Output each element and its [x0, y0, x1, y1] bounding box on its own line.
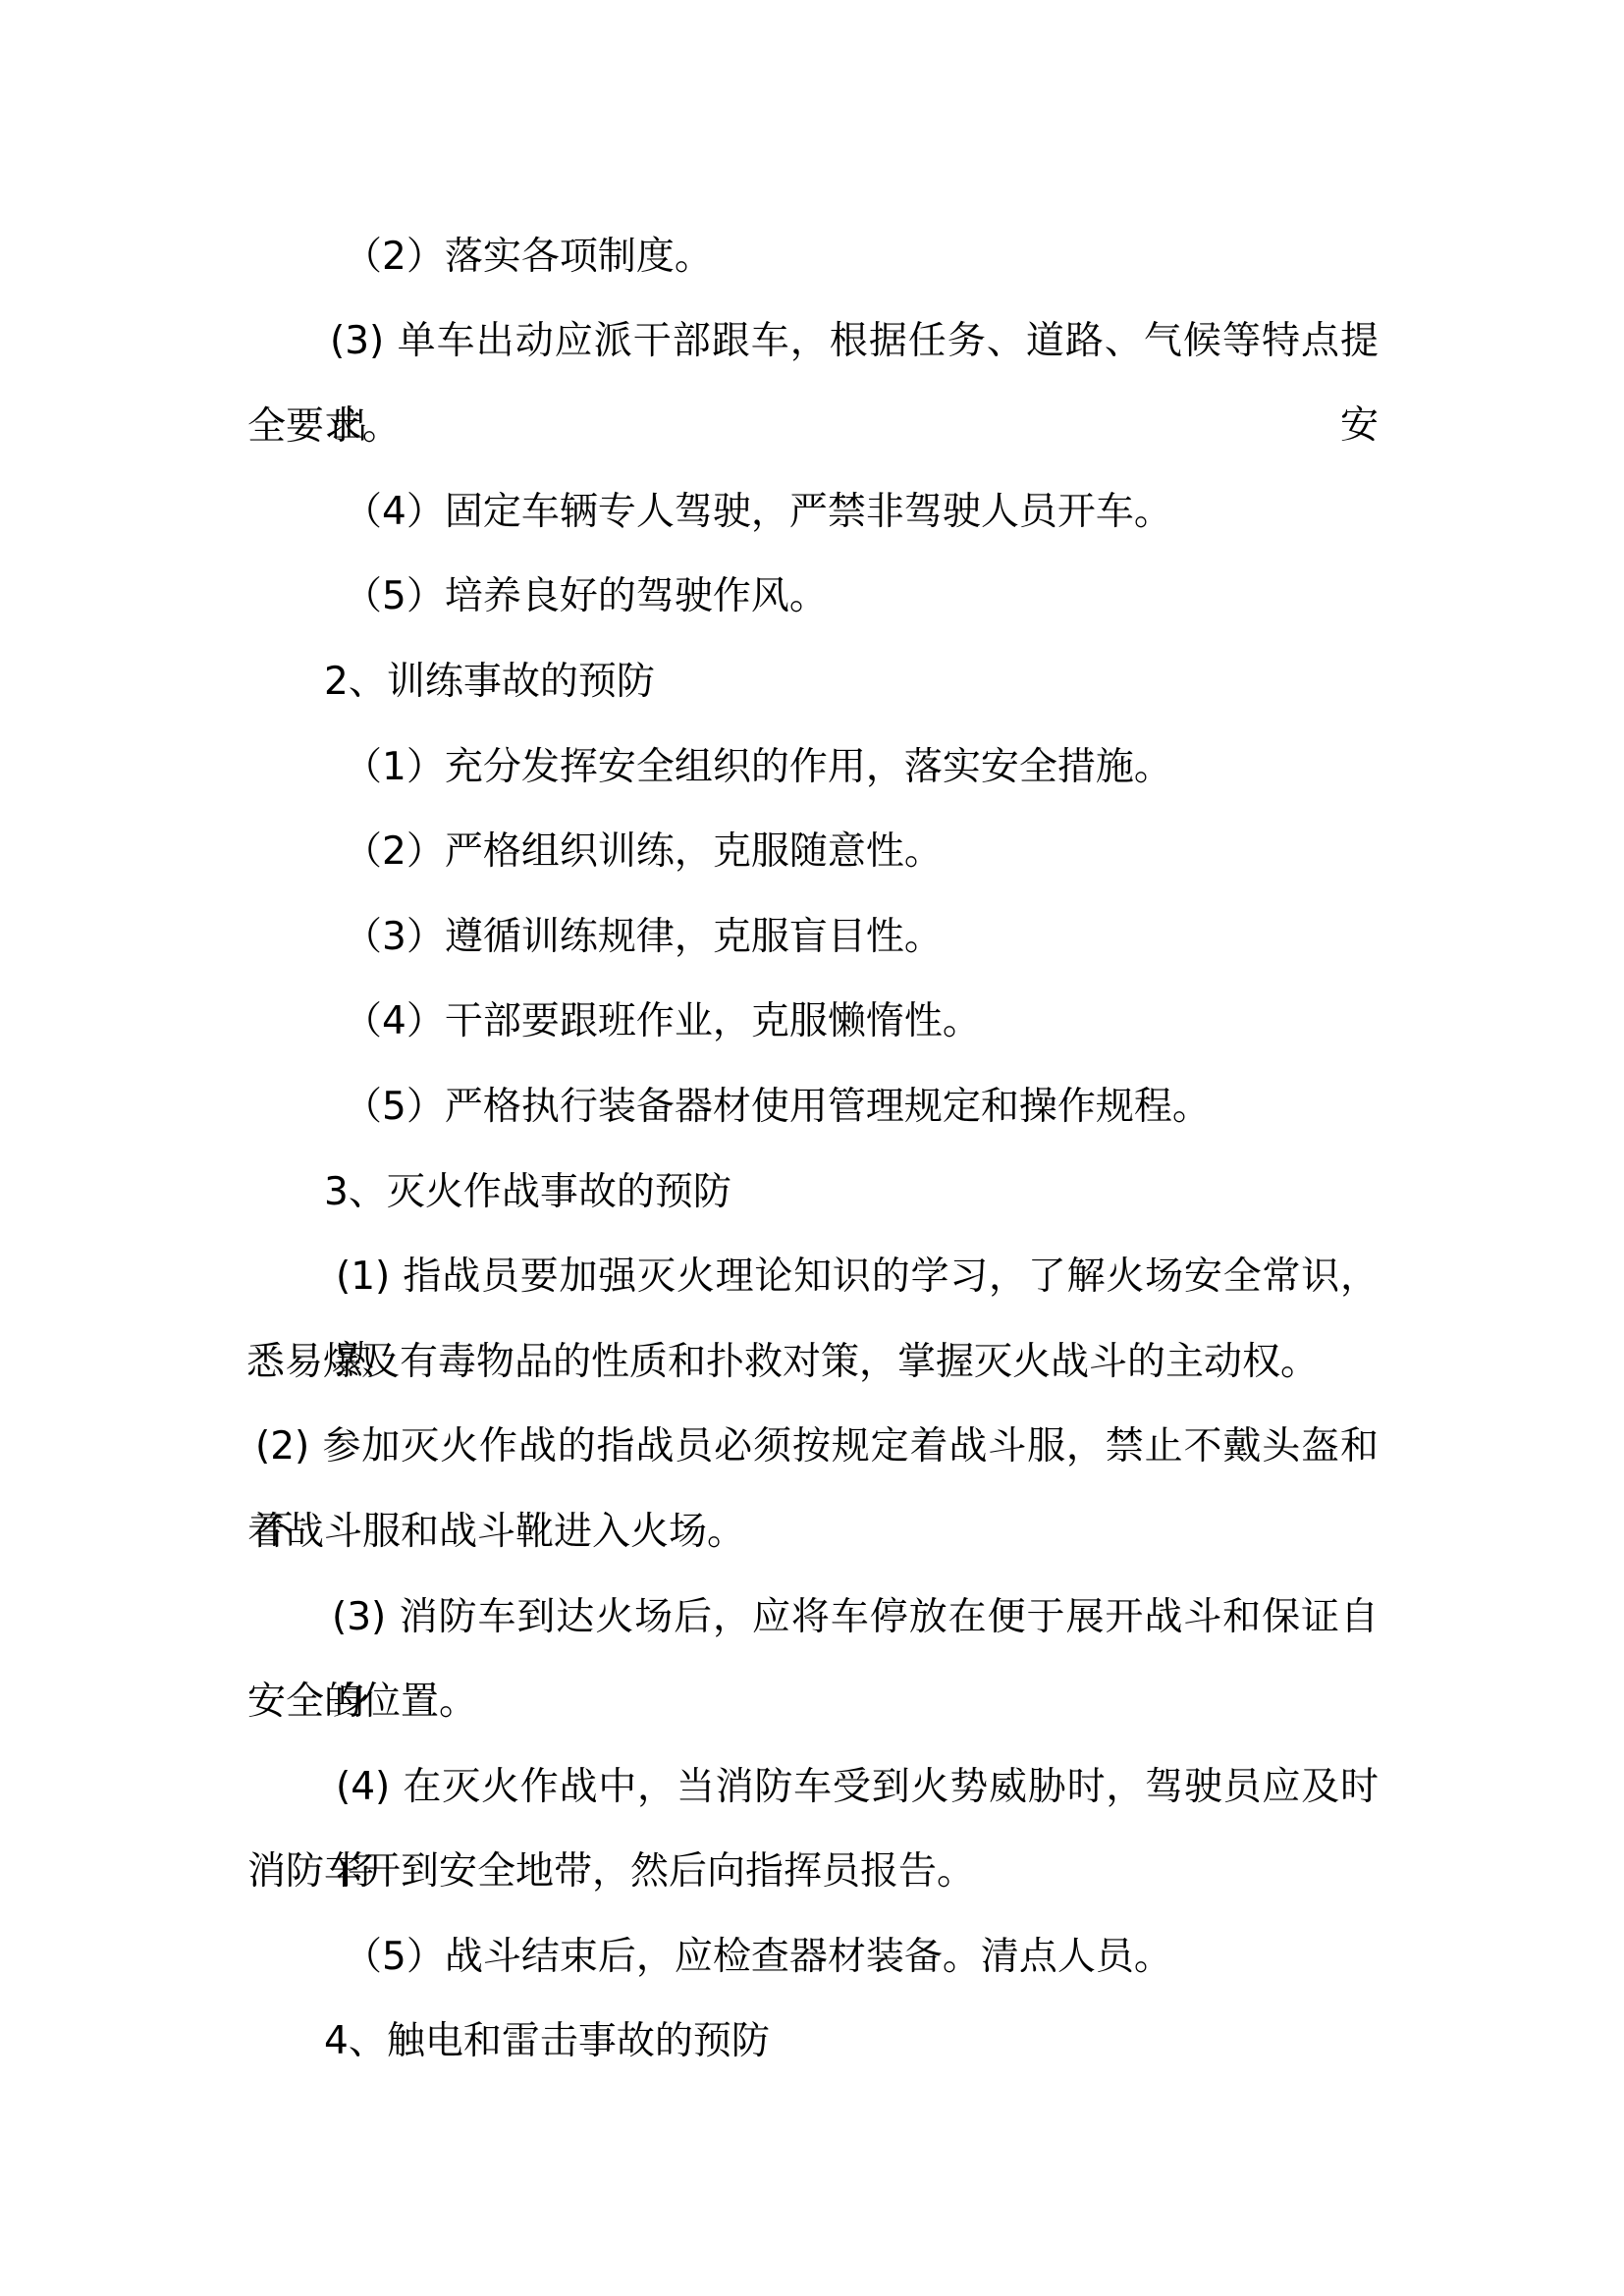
section-heading-2-training-accidents: 2、训练事故的预防 — [324, 640, 655, 724]
section-heading-4-electric-lightning-accidents: 4、触电和雷击事故的预防 — [324, 2000, 770, 2084]
list-item-3-vehicle-parking-line1: (3) 消防车到达火场后，应将车停放在便于展开战斗和保证自身 — [332, 1575, 1379, 1660]
section-heading-3-firefighting-accidents: 3、灭火作战事故的预防 — [324, 1150, 731, 1235]
list-item-3-single-vehicle-cadre-line2: 全要求。 — [247, 385, 401, 469]
list-item-3-vehicle-parking-line2: 安全的位置。 — [247, 1660, 477, 1744]
list-item-1-commander-knowledge-line1: (1) 指战员要加强灭火理论知识的学习，了解火场安全常识，熟 — [336, 1235, 1379, 1319]
list-item-4-fire-threat-line1: (4) 在灭火作战中，当消防车受到火势威胁时，驾驶员应及时将 — [336, 1745, 1379, 1830]
list-item-3-training-rules: （3）遵循训练规律，克服盲目性。 — [344, 895, 943, 980]
list-item-5-equipment-rules: （5）严格执行装备器材使用管理规定和操作规程。 — [344, 1065, 1211, 1149]
list-item-1-safety-organization: （1）充分发挥安全组织的作用，落实安全措施。 — [344, 725, 1172, 810]
list-item-3-single-vehicle-cadre-line1: (3) 单车出动应派干部跟车，根据任务、道路、气候等特点提出安 — [330, 299, 1379, 384]
document-page: （2）落实各项制度。 (3) 单车出动应派干部跟车，根据任务、道路、气候等特点提… — [0, 0, 1624, 2296]
list-item-5-driving-style: （5）培养良好的驾驶作风。 — [344, 555, 828, 639]
list-item-2-combat-uniform-line1: (2) 参加灭火作战的指战员必须按规定着战斗服，禁止不戴头盔和不 — [255, 1405, 1379, 1489]
list-item-4-dedicated-driver: （4）固定车辆专人驾驶，严禁非驾驶人员开车。 — [344, 470, 1172, 555]
list-item-1-commander-knowledge-line2: 悉易爆及有毒物品的性质和扑救对策，掌握灭火战斗的主动权。 — [246, 1320, 1319, 1405]
list-item-4-cadre-follow: （4）干部要跟班作业，克服懒惰性。 — [344, 980, 981, 1064]
list-item-4-fire-threat-line2: 消防车开到安全地带，然后向指挥员报告。 — [247, 1830, 975, 1914]
list-item-2-combat-uniform-line2: 着战斗服和战斗靴进入火场。 — [247, 1490, 745, 1575]
list-item-2-implement-rules: （2）落实各项制度。 — [344, 215, 713, 299]
list-item-2-strict-training: （2）严格组织训练，克服随意性。 — [344, 810, 943, 894]
list-item-5-post-battle-check: （5）战斗结束后，应检查器材装备。清点人员。 — [344, 1915, 1172, 2000]
